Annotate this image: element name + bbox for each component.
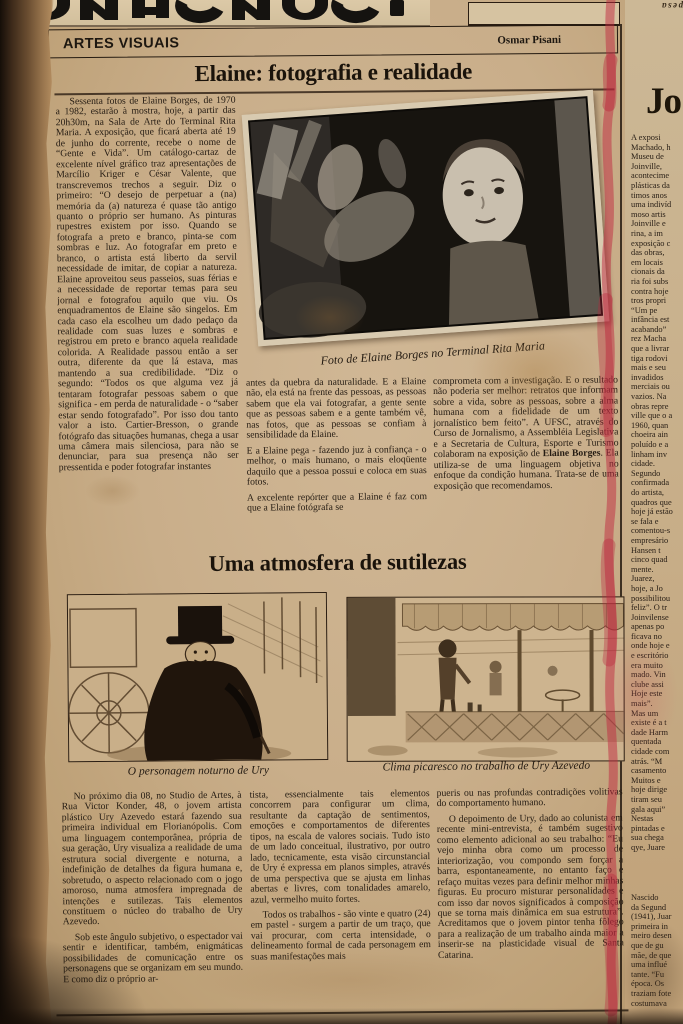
article1-column1: Sessenta fotos de Elaine Borges, de 1970… [55,96,239,550]
elaine-photo [242,90,610,347]
drawing-night-character [68,593,327,761]
page-bottom-shadow [0,1008,683,1024]
article1-photo-figure: Foto de Elaine Borges no Terminal Rita M… [242,92,622,380]
article1-title: Elaine: fotografia e realidade [48,57,618,88]
article1-column3: comprometa com a investigação. E o resul… [433,375,619,545]
article1-column1-text: Sessenta fotos de Elaine Borges, de 1970… [55,96,238,474]
paragraph: O depoimento de Ury, dado ao colunista e… [437,813,624,961]
section-header: ARTES VISUAIS Osmar Pisani [48,24,618,58]
illustration1-caption: O personagem noturno de Ury [72,764,324,778]
drawing-bar-scene [347,597,623,760]
torn-page-edge [0,0,54,1024]
illustration-ury-character [67,592,328,762]
article2-column3: pueris ou nas profundas contradições vol… [437,787,625,1019]
paragraph: pueris ou nas profundas contradições vol… [437,787,623,810]
photo-image [242,90,610,347]
illustration2-caption: Clima picaresco no trabalho de Ury Azeve… [351,759,621,773]
newspaper-page: sopesa Jo A exposiMachado, hMuseu deJoin… [0,0,683,1024]
article1-column2: antes da quebra da naturalidade. E a Ela… [246,377,427,547]
byline: Osmar Pisani [497,33,561,46]
paragraph: No próximo dia 08, no Studio de Artes, à… [62,791,243,928]
article2-column2: tista, essencialmente tais elementos con… [250,789,432,1019]
illustration-bar-scene [346,596,624,761]
paragraph: Todos os trabalhos - são vinte e quatro … [251,909,431,963]
article2-title: Uma atmosfera de sutilezas [52,547,622,578]
paragraph: A excelente repórter que a Elaine é faz … [247,492,427,514]
paragraph: E a Elaine pega - fazendo juz à confianç… [247,445,427,488]
paragraph: tista, essencialmente tais elementos con… [250,789,431,906]
section-label: ARTES VISUAIS [63,35,180,52]
paragraph: antes da quebra da naturalidade. E a Ela… [246,377,427,441]
artes-visuais-section: ARTES VISUAIS Osmar Pisani Elaine: fotog… [0,0,683,1024]
